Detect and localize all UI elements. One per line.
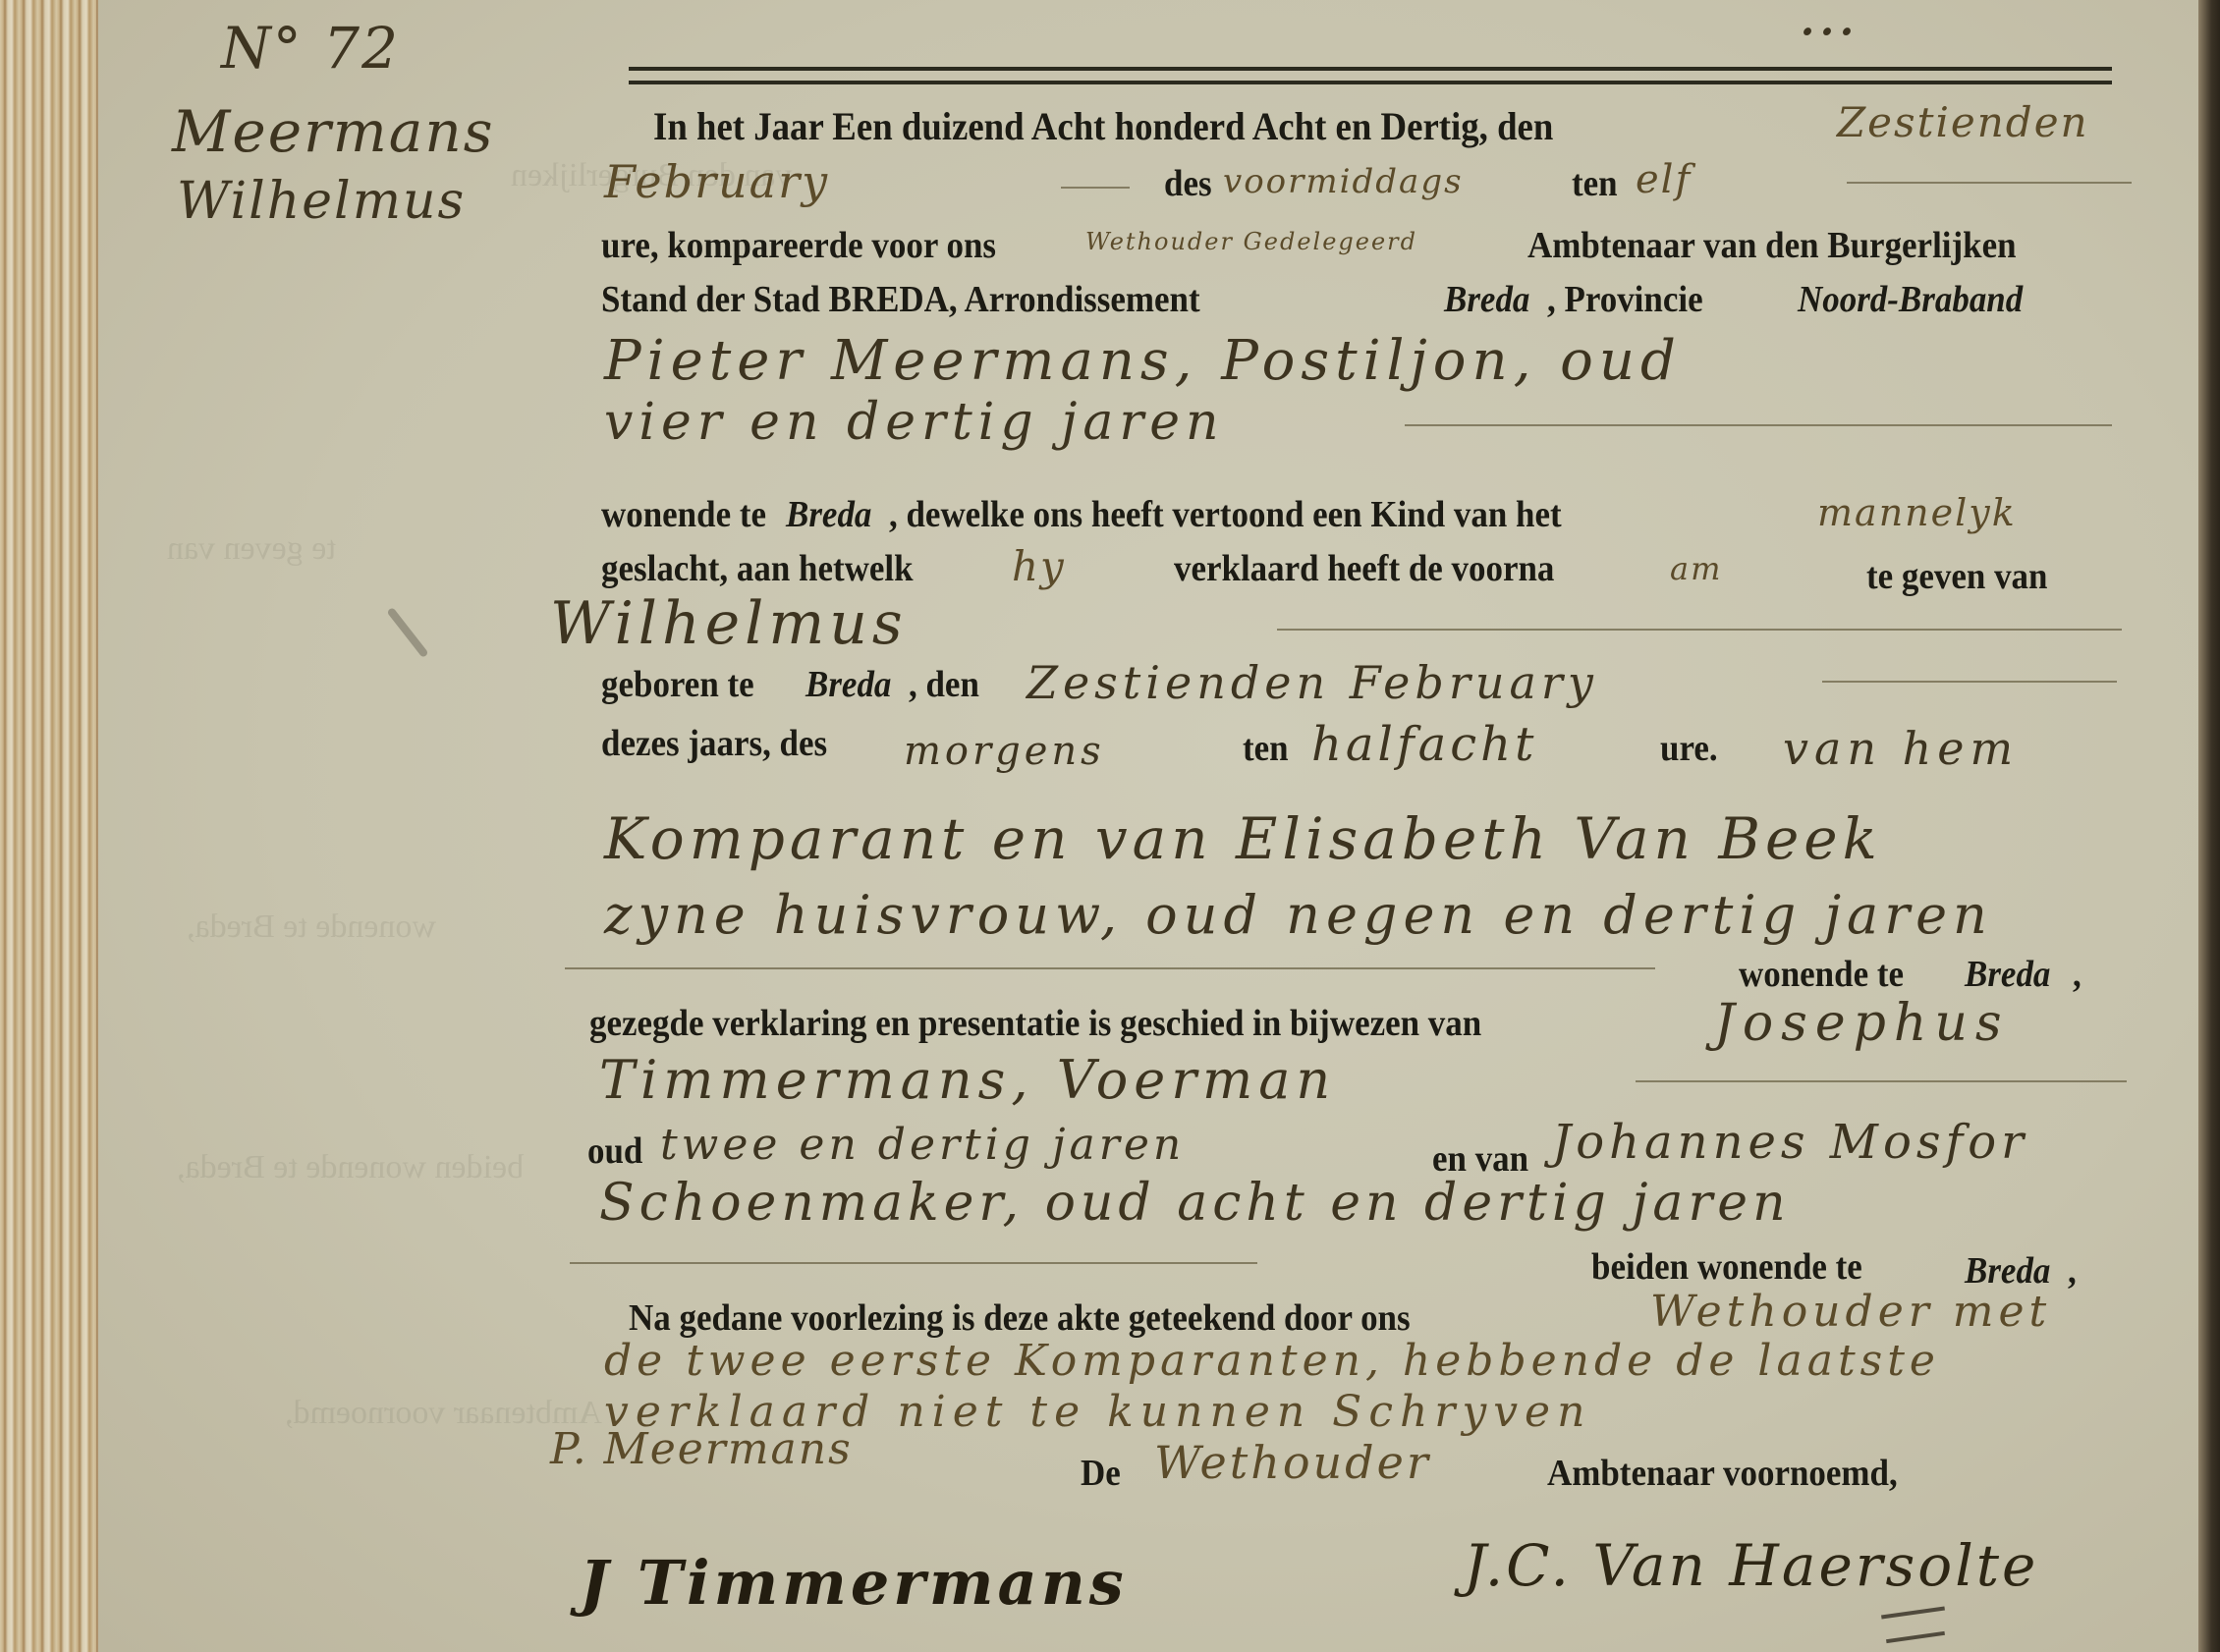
printed-text: Breda: [786, 493, 871, 536]
printed-text: gezegde verklaring en presentatie is ges…: [589, 1002, 1481, 1045]
printed-place: Breda: [805, 664, 891, 705]
printed-text: wonende te: [1739, 953, 1904, 996]
fill-line: [1061, 187, 1130, 189]
handwritten-father-name-occupation: Pieter Meermans, Postiljon, oud: [604, 329, 1682, 393]
printed-text: geslacht, aan hetwelk: [601, 547, 914, 590]
handwritten-witness1-age: twee en dertig jaren: [660, 1120, 1185, 1170]
printed-text: Breda: [805, 663, 891, 706]
handwritten-witness2-occupation-age: Schoenmaker, oud acht en dertig jaren: [599, 1174, 1791, 1233]
printed-text: Ambtenaar van den Burgerlijken: [1527, 224, 2017, 267]
handwritten-pronoun: hy: [1012, 542, 1066, 590]
header-double-rule: [629, 67, 2112, 84]
handwritten-signing-note: de twee eerste Komparanten, hebbende de …: [604, 1336, 1940, 1386]
handwritten-official-title: Wethouder Gedelegeerd: [1085, 228, 1417, 255]
printed-text: te geven van: [1866, 555, 2047, 598]
handwritten-witness1-surname-occupation: Timmermans, Voerman: [599, 1049, 1336, 1111]
fill-line: [1822, 681, 2117, 683]
handwritten-birth-hour: halfacht: [1311, 717, 1537, 772]
signature-witness: J Timmermans: [580, 1547, 1128, 1619]
printed-text: geboren te: [601, 663, 754, 706]
printed-text: Na gedane voorlezing is deze akte geteek…: [629, 1296, 1411, 1340]
printed-text: oud: [587, 1129, 642, 1173]
printed-text: , dewelke ons heeft vertoond een Kind va…: [889, 493, 1562, 536]
handwritten-hour: elf: [1636, 157, 1692, 202]
printed-text: ten: [1572, 162, 1618, 205]
handwritten-text: van hem: [1783, 722, 2019, 775]
printed-text: , Provincie: [1547, 278, 1703, 321]
handwritten-witness1-name: Josephus: [1714, 994, 2010, 1053]
printed-text: wonende te: [601, 493, 766, 536]
printed-text: , den: [909, 663, 979, 706]
book-page-edges: [0, 0, 98, 1652]
fill-line: [570, 1262, 1257, 1264]
margin-given-name: Wilhelmus: [177, 172, 466, 231]
bleed-through-text: wonende te Breda,: [187, 909, 436, 946]
signature-father: P. Meermans: [550, 1424, 853, 1474]
printed-text: dezes jaars, des: [601, 722, 827, 765]
handwritten-daypart: morgens: [904, 729, 1105, 774]
handwritten-suffix: am: [1670, 550, 1722, 587]
printed-place: Breda: [1965, 954, 2050, 995]
printed-text: ure.: [1660, 727, 1718, 770]
printed-text: ure, kompareerde voor ons: [601, 224, 996, 267]
printed-place: Breda: [786, 494, 871, 535]
top-handwritten-fragment: …: [1798, 0, 1859, 49]
printed-text: ,: [2073, 953, 2081, 996]
printed-text-line-1: In het Jaar Een duizend Acht honderd Ach…: [653, 103, 1553, 149]
fill-line: [1405, 424, 2112, 426]
handwritten-signer: Wethouder met: [1650, 1287, 2051, 1337]
printed-text: ten: [1243, 727, 1289, 770]
fill-line: [1636, 1080, 2127, 1082]
printed-text: verklaard heeft de voorna: [1174, 547, 1554, 590]
handwritten-mother-name: Komparant en van Elisabeth Van Beek: [604, 805, 1882, 872]
printed-text: Noord-Braband: [1798, 278, 2023, 321]
printed-text: Breda: [1444, 278, 1529, 321]
printed-text: Stand der Stad BREDA, Arrondissement: [601, 278, 1200, 321]
handwritten-official-title: Wethouder: [1154, 1436, 1431, 1489]
record-number: N° 72: [221, 15, 400, 82]
bleed-through-text: te geven van: [167, 530, 336, 568]
signature-official: J.C. Van Haersolte: [1464, 1532, 2038, 1599]
handwritten-birth-date: Zestienden February: [1027, 656, 1598, 709]
margin-surname: Meermans: [172, 98, 494, 165]
book-gutter-shadow: [2198, 0, 2220, 1652]
printed-text: Ambtenaar voornoemd,: [1547, 1452, 1898, 1495]
printed-text: ,: [2068, 1249, 2077, 1293]
fill-line: [1847, 182, 2132, 184]
printed-text: beiden wonende te: [1591, 1245, 1862, 1289]
handwritten-mother-details: zyne huisvrouw, oud negen en dertig jare…: [604, 884, 1993, 946]
fill-line: [565, 967, 1655, 969]
handwritten-father-age: vier en dertig jaren: [604, 393, 1224, 452]
handwritten-month: February: [604, 155, 829, 208]
handwritten-witness2-name: Johannes Mosfor: [1552, 1115, 2028, 1170]
printed-text: des: [1164, 162, 1212, 205]
printed-text: De: [1081, 1452, 1121, 1495]
handwritten-child-name: Wilhelmus: [550, 589, 908, 658]
handwritten-daypart: voormiddags: [1223, 162, 1464, 201]
printed-province: Noord-Braband: [1798, 279, 2023, 320]
fill-line: [1277, 629, 2122, 631]
printed-place: Breda: [1444, 279, 1529, 320]
handwritten-date-day: Zestienden: [1837, 98, 2089, 146]
bleed-through-text: beiden wonende te Breda,: [177, 1149, 524, 1186]
handwritten-sex: mannelyk: [1817, 491, 2017, 534]
printed-place: Breda: [1965, 1250, 2050, 1292]
printed-text: Breda: [1965, 953, 2050, 996]
